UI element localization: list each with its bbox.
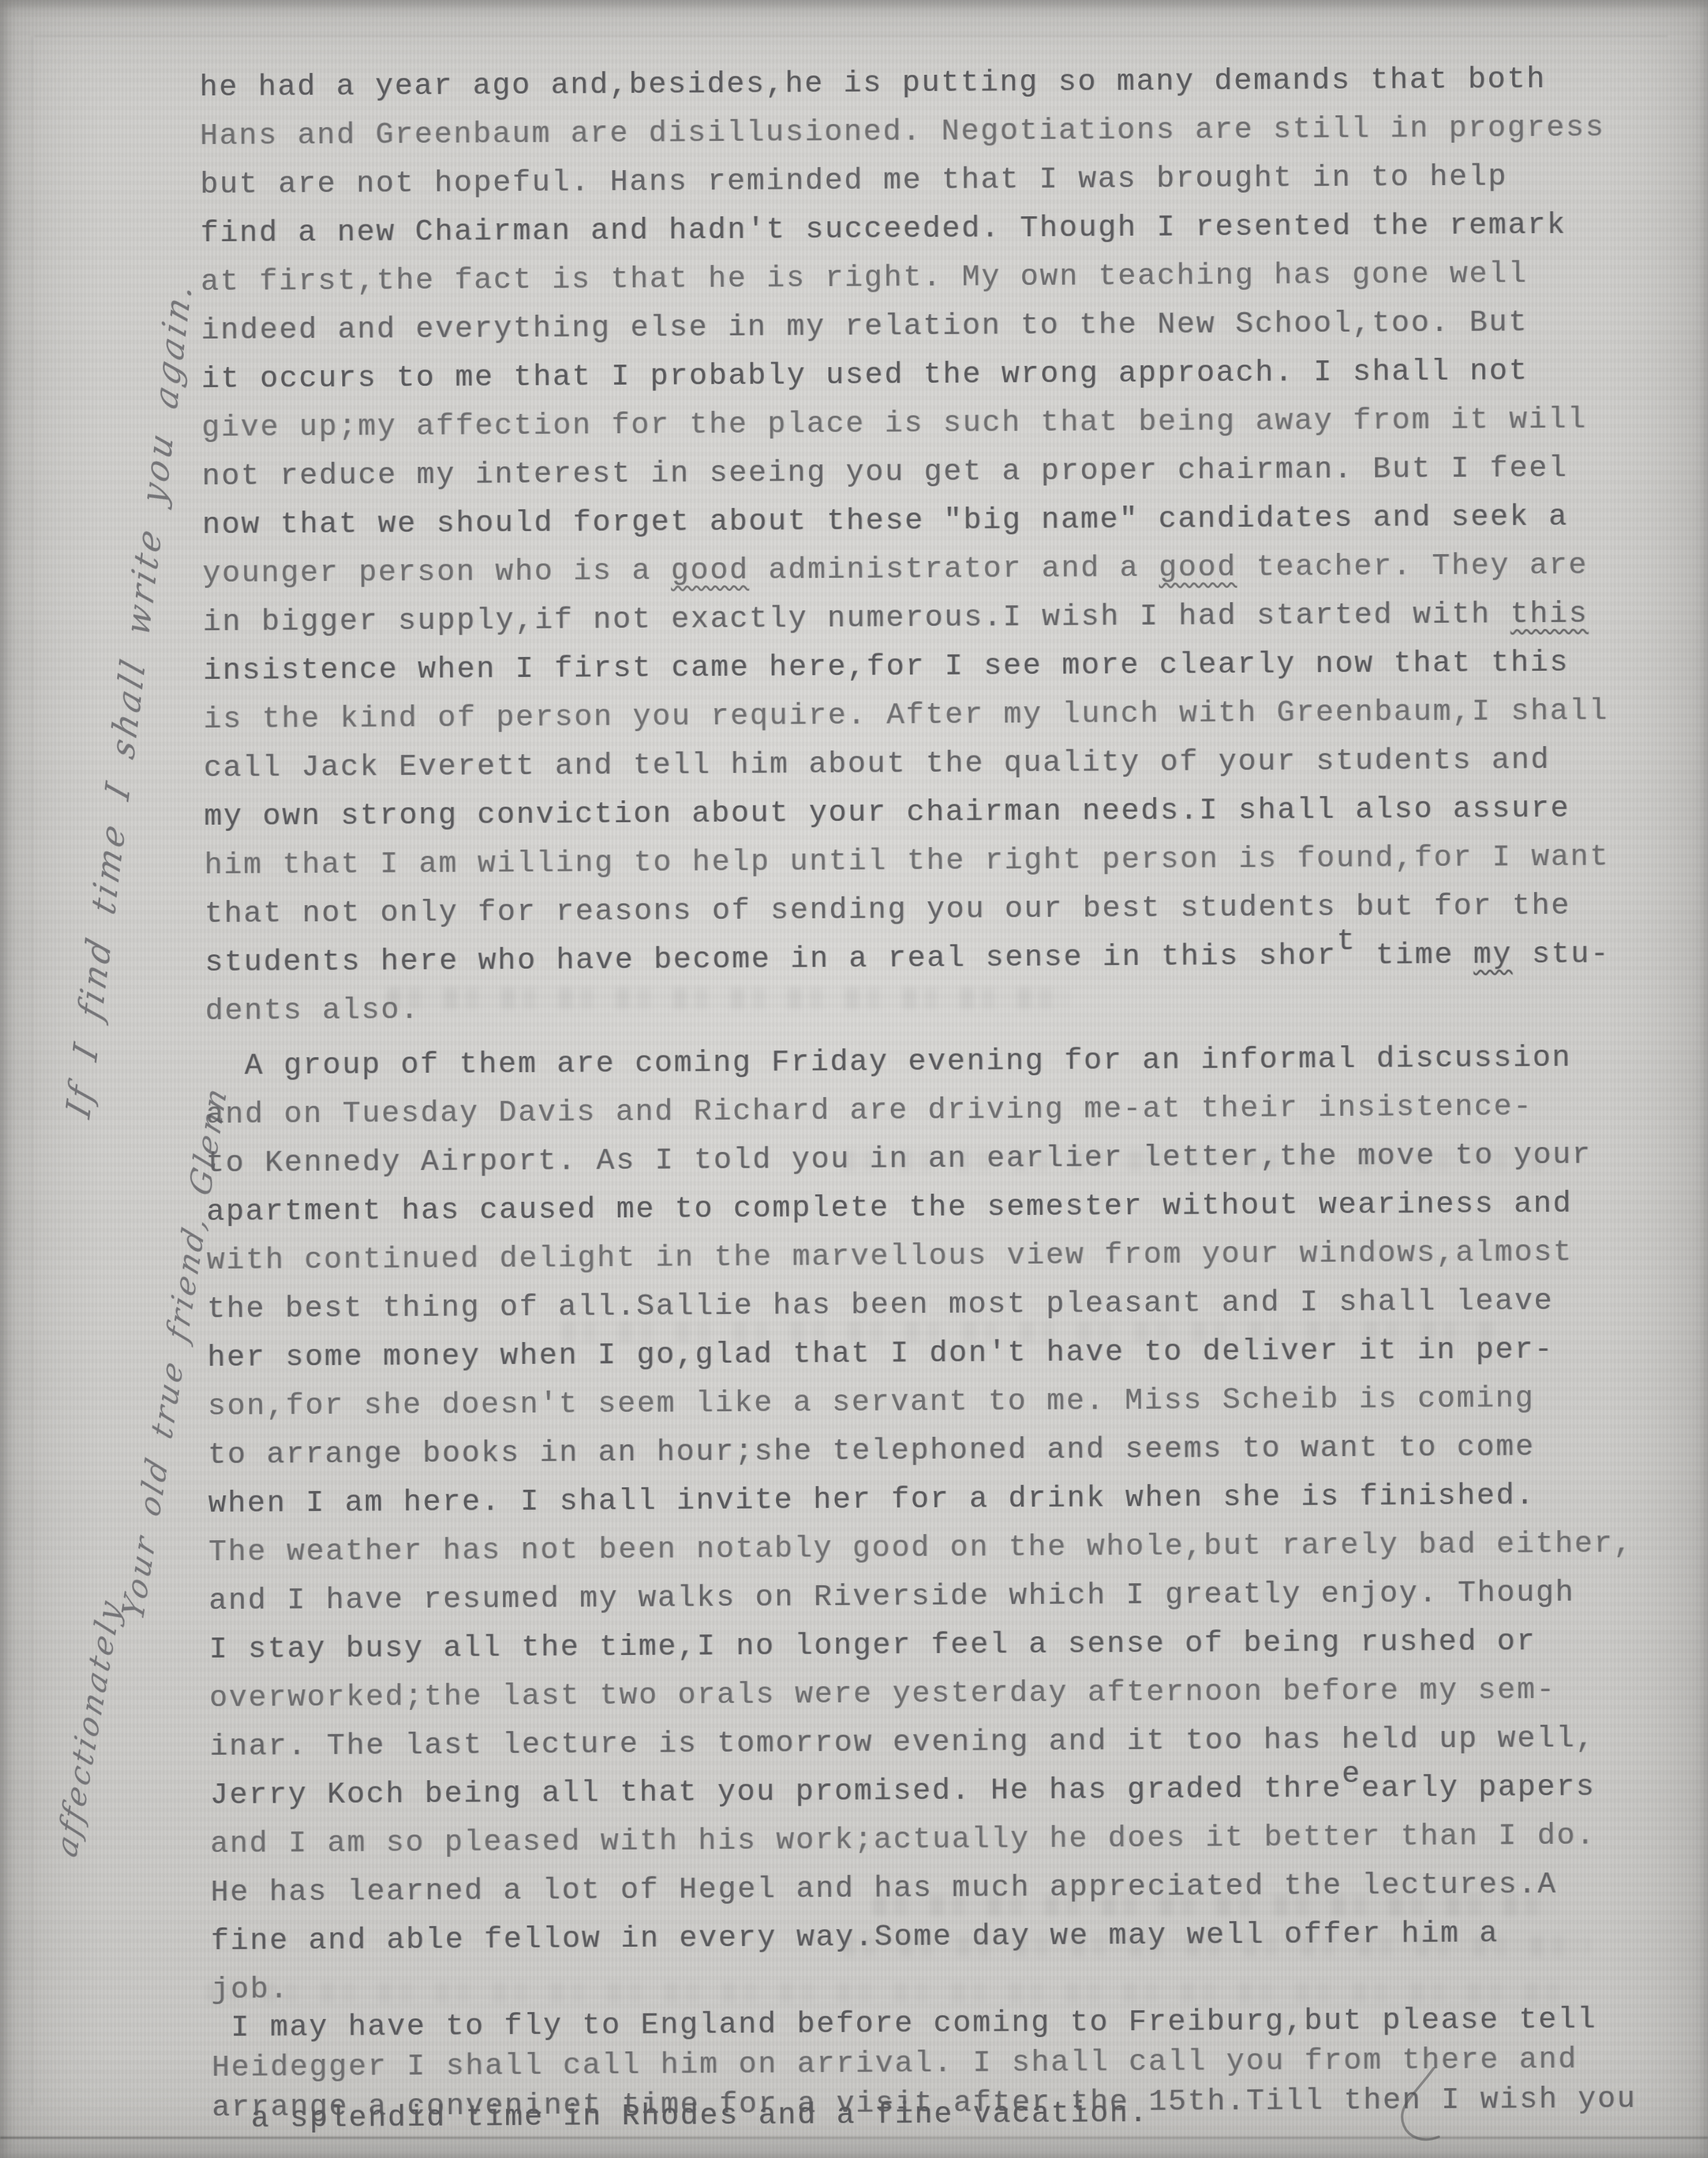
typed-line: with continued delight in the marvellous… xyxy=(206,1228,1659,1285)
typed-line: not reduce my interest in seeing you get… xyxy=(202,444,1654,501)
stray-ink-mark xyxy=(1359,2063,1459,2157)
crease-line-horizontal xyxy=(34,36,1667,37)
typed-line: job. xyxy=(211,1957,1663,2015)
paragraph: he had a year ago and,besides,he is putt… xyxy=(199,55,1658,1036)
typed-line: insistence when I first came here,for I … xyxy=(203,638,1656,696)
typed-line: younger person who is a good administrat… xyxy=(203,541,1655,598)
letter-page: he had a year ago and,besides,he is putt… xyxy=(0,0,1708,2158)
typed-line: son,for she doesn't seem like a servant … xyxy=(208,1374,1660,1431)
typed-line: inar. The last lecture is tomorrow eveni… xyxy=(209,1714,1662,1772)
typed-line: to arrange books in an hour;she telephon… xyxy=(208,1422,1660,1480)
typed-line: call Jack Everett and tell him about the… xyxy=(204,736,1656,793)
typed-line: at first,the fact is that he is right. M… xyxy=(201,249,1653,307)
typed-line: fine and able fellow in every way.Some d… xyxy=(211,1909,1663,1966)
underlined-word: my xyxy=(1473,938,1512,972)
typed-line: when I am here. I shall invite her for a… xyxy=(208,1471,1661,1528)
typed-line: is the kind of person you require. After… xyxy=(203,687,1656,744)
typed-superscript-correction: t xyxy=(1336,925,1356,959)
typed-line: in bigger supply,if not exactly numerous… xyxy=(203,590,1655,647)
typed-line: A group of them are coming Friday evenin… xyxy=(205,1033,1658,1091)
typed-line: Hans and Greenbaum are disillusioned. Ne… xyxy=(199,103,1652,161)
underlined-word: good xyxy=(1159,551,1237,585)
typed-line: her some money when I go,glad that I don… xyxy=(207,1325,1659,1383)
underlined-word: this xyxy=(1510,598,1589,632)
typed-superscript-correction: e xyxy=(1341,1758,1361,1791)
typed-line: to Kennedy Airport. As I told you in an … xyxy=(206,1131,1658,1188)
letter-body: he had a year ago and,besides,he is putt… xyxy=(199,55,1664,2139)
typed-line: He has learned a lot of Hegel and has mu… xyxy=(211,1860,1663,1917)
typed-line: find a new Chairman and hadn't succeeded… xyxy=(200,201,1653,258)
typed-line: give up;my affection for the place is su… xyxy=(201,395,1654,453)
underlined-word: good xyxy=(671,554,749,588)
typed-line: Jerry Koch being all that you promised. … xyxy=(210,1763,1662,1820)
typed-line: him that I am willing to help until the … xyxy=(204,833,1656,890)
typed-line: it occurs to me that I probably used the… xyxy=(201,347,1654,404)
typed-line: and I am so pleased with his work;actual… xyxy=(210,1811,1662,1869)
paragraph: A group of them are coming Friday evenin… xyxy=(205,1033,1663,2015)
typed-line: dents also. xyxy=(205,979,1658,1036)
crease-line-vertical xyxy=(31,36,32,2105)
typed-line: students here who have become in a real … xyxy=(204,930,1657,987)
handwritten-postscript: If I find time I shall write you again. xyxy=(59,274,199,1123)
typed-line: and on Tuesday Davis and Richard are dri… xyxy=(206,1082,1658,1139)
typed-line: overworked;the last two orals were yeste… xyxy=(209,1666,1662,1723)
typed-line: my own strong conviction about your chai… xyxy=(204,784,1656,842)
typed-line: but are not hopeful. Hans reminded me th… xyxy=(200,152,1653,209)
typed-line: The weather has not been notably good on… xyxy=(208,1520,1661,1577)
typed-line: the best thing of all.Sallie has been mo… xyxy=(207,1277,1659,1334)
typed-line: he had a year ago and,besides,he is putt… xyxy=(199,55,1652,112)
typed-line: now that we should forget about these "b… xyxy=(202,492,1654,550)
typed-line: indeed and everything else in my relatio… xyxy=(201,298,1653,355)
typed-line: that not only for reasons of sending you… xyxy=(204,881,1657,939)
handwritten-closing: affectionately xyxy=(49,1593,128,1862)
typed-line: I stay busy all the time,I no longer fee… xyxy=(209,1617,1661,1674)
typed-line: apartment has caused me to complete the … xyxy=(206,1179,1659,1237)
typed-line: and I have resumed my walks on Riverside… xyxy=(209,1568,1661,1626)
